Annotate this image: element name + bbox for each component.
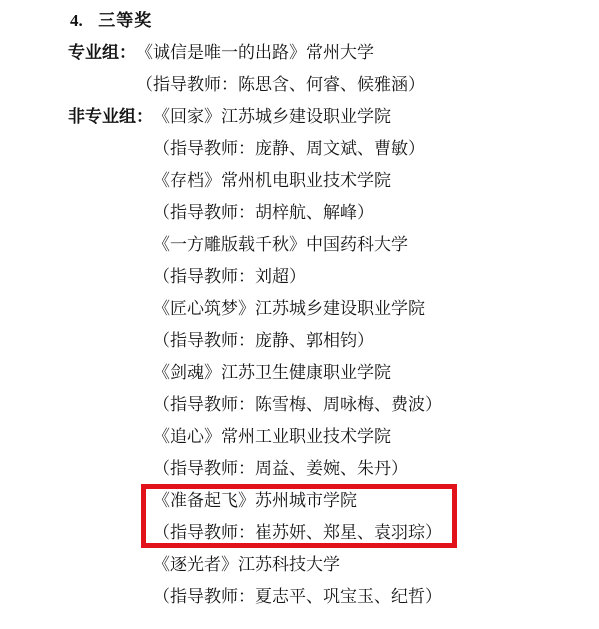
group-label: 非专业组： <box>68 101 153 133</box>
entry-work-line: 《存档》常州机电职业技术学院 <box>0 165 599 197</box>
entry-work-line: 《一方雕版载千秋》中国药科大学 <box>0 229 599 261</box>
entry-teachers: （指导教师：陈雪梅、周咏梅、费波） <box>153 395 442 414</box>
entry-teachers-line: （指导教师：胡梓航、解峰） <box>0 197 599 229</box>
entry-work: 《逐光者》江苏科技大学 <box>153 555 340 574</box>
entry-work: 《剑魂》江苏卫生健康职业学院 <box>153 363 391 382</box>
entry-teachers: （指导教师：庞静、郭相钧） <box>153 331 374 350</box>
entry-work: 《一方雕版载千秋》中国药科大学 <box>153 235 408 254</box>
entry-work: 《准备起飞》苏州城市学院 <box>153 491 357 510</box>
entry-work: 《回家》江苏城乡建设职业学院 <box>153 107 391 126</box>
entry-work-line: 《匠心筑梦》江苏城乡建设职业学院 <box>0 293 599 325</box>
entry-work: 《存档》常州机电职业技术学院 <box>153 171 391 190</box>
entry-work-line: 《剑魂》江苏卫生健康职业学院 <box>0 357 599 389</box>
entry-teachers: （指导教师：胡梓航、解峰） <box>153 203 374 222</box>
entry-teachers-line: （指导教师：夏志平、巩宝玉、纪哲） <box>0 581 599 613</box>
entry-teachers: （指导教师：夏志平、巩宝玉、纪哲） <box>153 587 442 606</box>
entry-work-line: 非专业组：《回家》江苏城乡建设职业学院 <box>0 101 599 133</box>
entry-teachers: （指导教师：庞静、周文斌、曹敏） <box>153 139 425 158</box>
entry-teachers: （指导教师：陈思含、何睿、候雅涵） <box>136 75 425 94</box>
entry-teachers-line: （指导教师：陈雪梅、周咏梅、费波） <box>0 389 599 421</box>
entry-teachers: （指导教师：刘超） <box>153 267 306 286</box>
section-title: 三等奖 <box>98 11 152 30</box>
entry-work: 《匠心筑梦》江苏城乡建设职业学院 <box>153 299 425 318</box>
entry-teachers-line: （指导教师：周益、姜婉、朱丹） <box>0 453 599 485</box>
entry-work-line: 《准备起飞》苏州城市学院 <box>0 485 599 517</box>
section-heading: 4. 三等奖 <box>0 5 599 37</box>
entry-teachers-line: （指导教师：刘超） <box>0 261 599 293</box>
entry-teachers: （指导教师：周益、姜婉、朱丹） <box>153 459 408 478</box>
entry-teachers-line: （指导教师：庞静、周文斌、曹敏） <box>0 133 599 165</box>
entry-teachers-line: （指导教师：庞静、郭相钧） <box>0 325 599 357</box>
document-body: 4. 三等奖 专业组：《诚信是唯一的出路》常州大学（指导教师：陈思含、何睿、候雅… <box>0 0 599 613</box>
document-page: 4. 三等奖 专业组：《诚信是唯一的出路》常州大学（指导教师：陈思含、何睿、候雅… <box>0 0 599 629</box>
entry-teachers: （指导教师：崔苏妍、郑星、袁羽琮） <box>153 523 442 542</box>
entry-work: 《追心》常州工业职业技术学院 <box>153 427 391 446</box>
entry-work: 《诚信是唯一的出路》常州大学 <box>136 43 374 62</box>
section-number: 4. <box>70 5 93 37</box>
entry-work-line: 《追心》常州工业职业技术学院 <box>0 421 599 453</box>
entry-teachers-line: （指导教师：陈思含、何睿、候雅涵） <box>0 69 599 101</box>
entry-teachers-line: （指导教师：崔苏妍、郑星、袁羽琮） <box>0 517 599 549</box>
entry-work-line: 专业组：《诚信是唯一的出路》常州大学 <box>0 37 599 69</box>
group-label: 专业组： <box>68 37 136 69</box>
entry-work-line: 《逐光者》江苏科技大学 <box>0 549 599 581</box>
